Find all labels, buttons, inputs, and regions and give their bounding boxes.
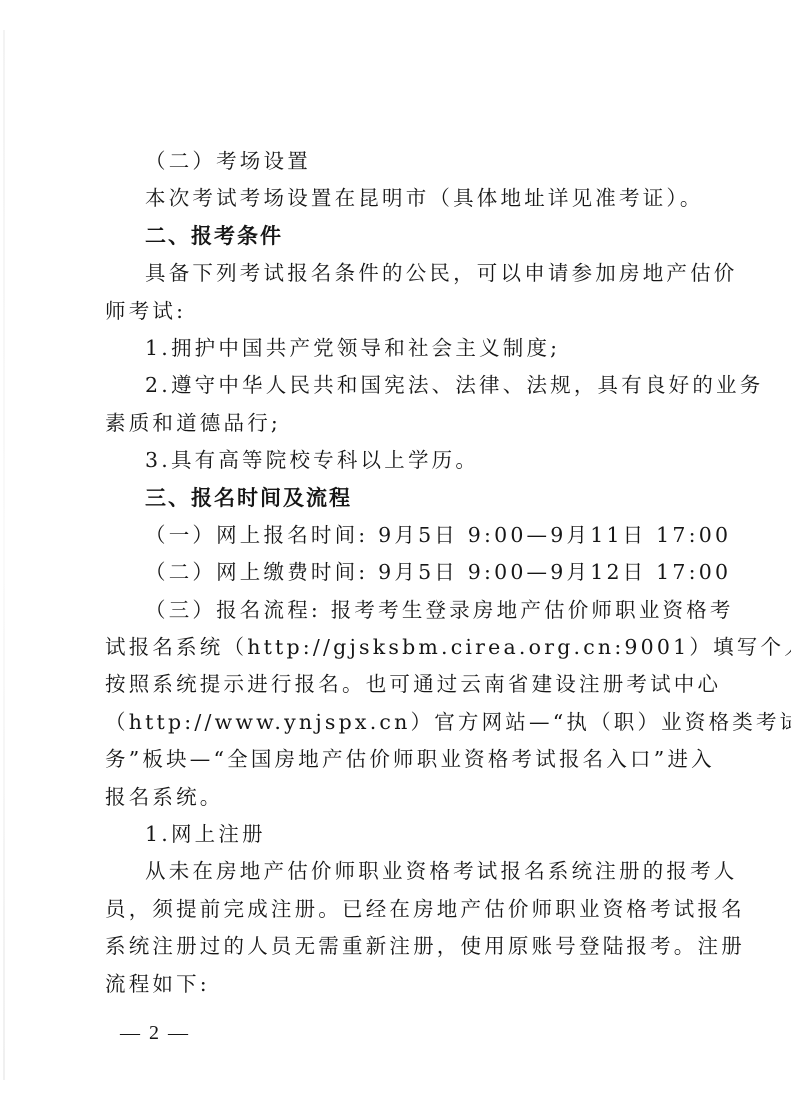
registration-time: （一）网上报名时间: 9月5日 9:00—9月11日 17:00 <box>105 517 690 554</box>
registration-process: （三）报名流程: 报考考生登录房地产估价师职业资格考 <box>105 592 690 629</box>
registration-process-cont-2: 按照系统提示进行报名。也可通过云南省建设注册考试中心 <box>105 666 690 703</box>
requirement-item-1: 1.拥护中国共产党领导和社会主义制度; <box>105 330 690 367</box>
registration-process-cont-3: （http://www.ynjspx.cn）官方网站—“执（职）业资格类考试考 <box>105 704 690 741</box>
paragraph-online-registration-cont-2: 系统注册过的人员无需重新注册，使用原账号登陆报考。注册 <box>105 928 690 965</box>
paragraph-online-registration-cont-3: 流程如下: <box>105 966 690 1003</box>
scan-edge-shadow <box>3 30 5 1080</box>
payment-time: （二）网上缴费时间: 9月5日 9:00—9月12日 17:00 <box>105 554 690 591</box>
paragraph-online-registration-cont-1: 员，须提前完成注册。已经在房地产估价师职业资格考试报名 <box>105 891 690 928</box>
paragraph-online-registration: 从未在房地产估价师职业资格考试报名系统注册的报考人 <box>105 853 690 890</box>
registration-process-cont-4: 务”板块—“全国房地产估价师职业资格考试报名入口”进入 <box>105 741 690 778</box>
paragraph-requirements-intro: 具备下列考试报名条件的公民，可以申请参加房地产估价 <box>105 255 690 292</box>
requirement-item-2: 2.遵守中华人民共和国宪法、法律、法规，具有良好的业务 <box>105 367 690 404</box>
page-number: — 2 — <box>120 1022 190 1045</box>
subsection-heading-venue: （二）考场设置 <box>105 143 690 180</box>
document-page: （二）考场设置 本次考试考场设置在昆明市（具体地址详见准考证）。 二、报考条件 … <box>0 0 791 1115</box>
section-heading-registration: 三、报名时间及流程 <box>105 480 690 517</box>
registration-process-cont-1: 试报名系统（http://gjsksbm.cirea.org.cn:9001）填… <box>105 629 690 666</box>
paragraph-venue: 本次考试考场设置在昆明市（具体地址详见准考证）。 <box>105 180 690 217</box>
section-heading-requirements: 二、报考条件 <box>105 218 690 255</box>
requirement-item-3: 3.具有高等院校专科以上学历。 <box>105 442 690 479</box>
document-body: （二）考场设置 本次考试考场设置在昆明市（具体地址详见准考证）。 二、报考条件 … <box>105 143 690 1003</box>
registration-process-cont-5: 报名系统。 <box>105 779 690 816</box>
paragraph-requirements-intro-cont: 师考试: <box>105 293 690 330</box>
requirement-item-2-cont: 素质和道德品行; <box>105 405 690 442</box>
subheading-online-registration: 1.网上注册 <box>105 816 690 853</box>
